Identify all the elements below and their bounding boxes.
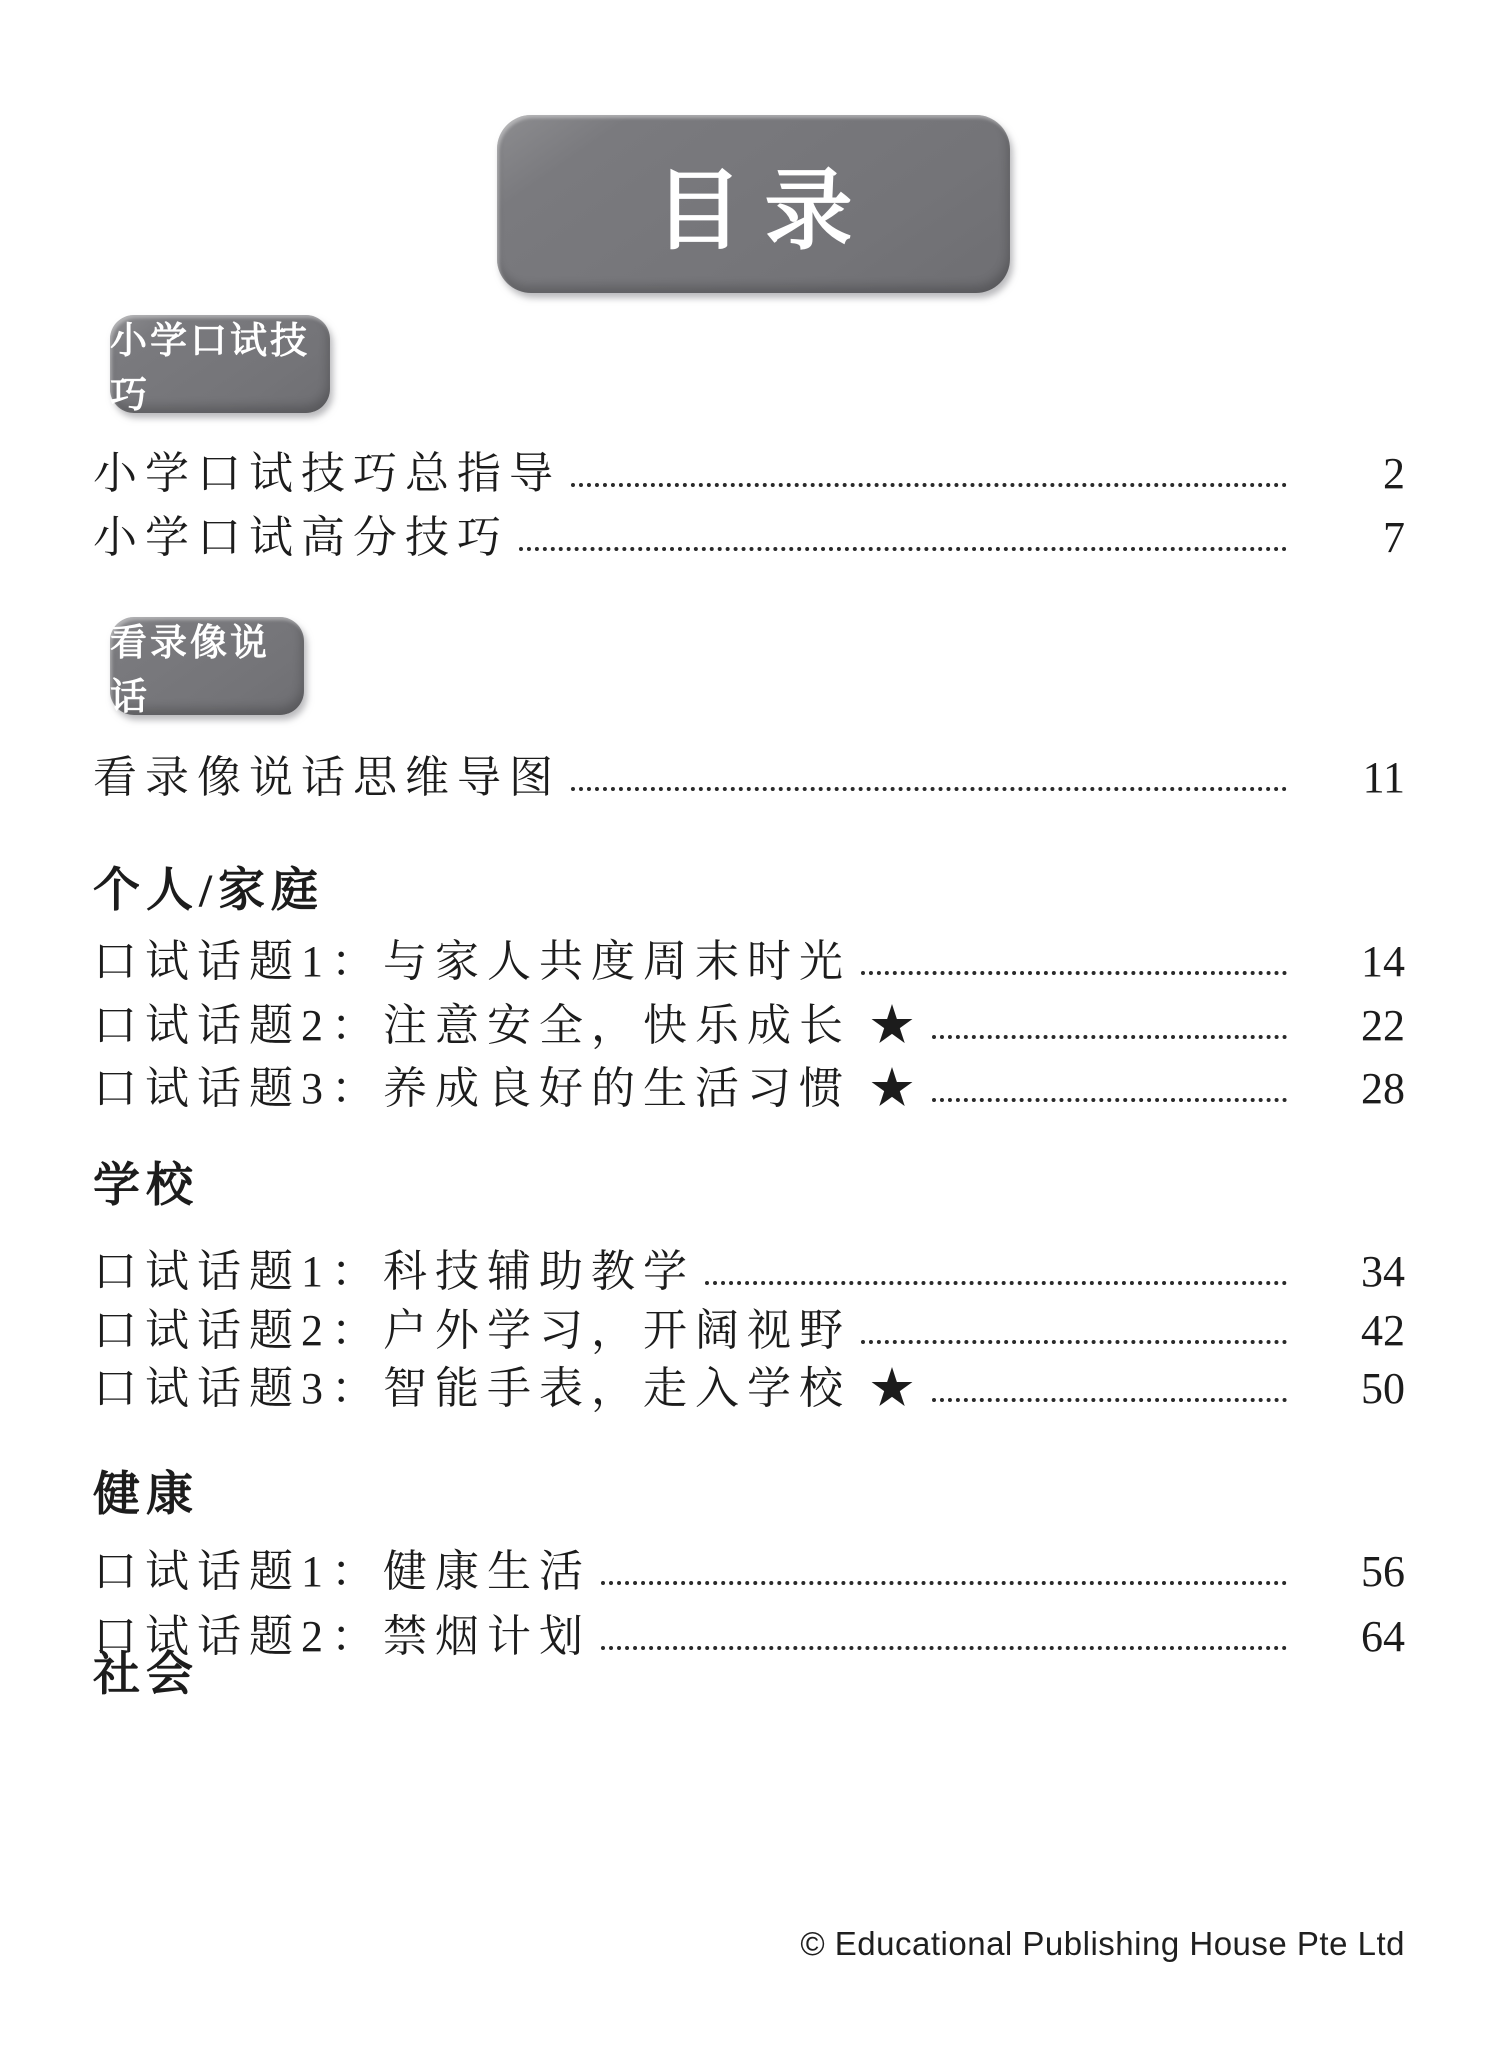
dot-leader <box>705 1281 1287 1285</box>
toc-entry-title: 小学口试高分技巧 <box>93 516 509 560</box>
dot-leader <box>932 1398 1287 1402</box>
toc-entry: 口试话题3：养成良好的生活习惯 ★ 28 <box>93 1053 1405 1111</box>
toc-entry: 口试话题2：注意安全，快乐成长 ★ 22 <box>93 990 1405 1048</box>
toc-entry-page: 7 <box>1287 516 1405 560</box>
page-title-text: 目录 <box>632 141 874 267</box>
section-badge-label: 小学口试技巧 <box>110 310 330 418</box>
toc-entry-title: 口试话题3：养成良好的生活习惯 ★ <box>93 1067 922 1111</box>
copyright-notice: © Educational Publishing House Pte Ltd <box>800 1925 1405 1963</box>
toc-entry: 口试话题1：科技辅助教学 34 <box>93 1236 1405 1294</box>
toc-entry-page: 2 <box>1287 452 1405 496</box>
section-badge-oral-skills: 小学口试技巧 <box>110 315 330 413</box>
toc-entry-title: 口试话题3：智能手表，走入学校 ★ <box>93 1367 922 1411</box>
group-heading-health: 健康 <box>93 1472 199 1524</box>
section-badge-label: 看录像说话 <box>110 612 304 720</box>
section-badge-video-speaking: 看录像说话 <box>110 617 304 715</box>
dot-leader <box>932 1098 1287 1102</box>
toc-entry-title: 口试话题2：户外学习，开阔视野 <box>93 1309 851 1353</box>
toc-entry: 小学口试技巧总指导 2 <box>93 438 1405 496</box>
toc-entry-title: 口试话题1：与家人共度周末时光 <box>93 940 851 984</box>
group-heading-school: 学校 <box>93 1163 199 1215</box>
group-heading-personal-family: 个人/家庭 <box>93 868 324 920</box>
toc-entry-page: 64 <box>1287 1615 1405 1659</box>
dot-leader <box>571 787 1287 791</box>
toc-entry-page: 50 <box>1287 1367 1405 1411</box>
dot-leader <box>519 547 1287 551</box>
dot-leader <box>601 1646 1287 1650</box>
dot-leader <box>861 971 1287 975</box>
toc-entry: 看录像说话思维导图 11 <box>93 742 1405 800</box>
toc-entry-page: 11 <box>1287 756 1405 800</box>
toc-entry-title: 口试话题1：科技辅助教学 <box>93 1250 695 1294</box>
toc-entry-page: 22 <box>1287 1004 1405 1048</box>
dot-leader <box>861 1340 1287 1344</box>
group-heading-society: 社会 <box>93 1652 199 1704</box>
toc-entry: 口试话题1：健康生活 56 <box>93 1536 1405 1594</box>
dot-leader <box>601 1581 1287 1585</box>
dot-leader <box>571 483 1287 487</box>
toc-entry-title: 看录像说话思维导图 <box>93 756 561 800</box>
toc-entry: 口试话题2：禁烟计划 64 <box>93 1601 1405 1659</box>
toc-entry: 小学口试高分技巧 7 <box>93 502 1405 560</box>
toc-entry: 口试话题1：与家人共度周末时光 14 <box>93 926 1405 984</box>
toc-entry-title: 口试话题1：健康生活 <box>93 1550 591 1594</box>
toc-entry-page: 14 <box>1287 940 1405 984</box>
toc-entry-page: 56 <box>1287 1550 1405 1594</box>
dot-leader <box>932 1035 1287 1039</box>
toc-entry-title: 口试话题2：注意安全，快乐成长 ★ <box>93 1004 922 1048</box>
toc-entry-page: 34 <box>1287 1250 1405 1294</box>
page-title: 目录 <box>497 115 1010 293</box>
toc-entry: 口试话题2：户外学习，开阔视野 42 <box>93 1295 1405 1353</box>
toc-entry-title: 小学口试技巧总指导 <box>93 452 561 496</box>
toc-entry-page: 28 <box>1287 1067 1405 1111</box>
toc-page: 目录 小学口试技巧 小学口试技巧总指导 2 小学口试高分技巧 7 看录像说话 看… <box>0 0 1497 2048</box>
toc-entry-page: 42 <box>1287 1309 1405 1353</box>
toc-entry: 口试话题3：智能手表，走入学校 ★ 50 <box>93 1353 1405 1411</box>
